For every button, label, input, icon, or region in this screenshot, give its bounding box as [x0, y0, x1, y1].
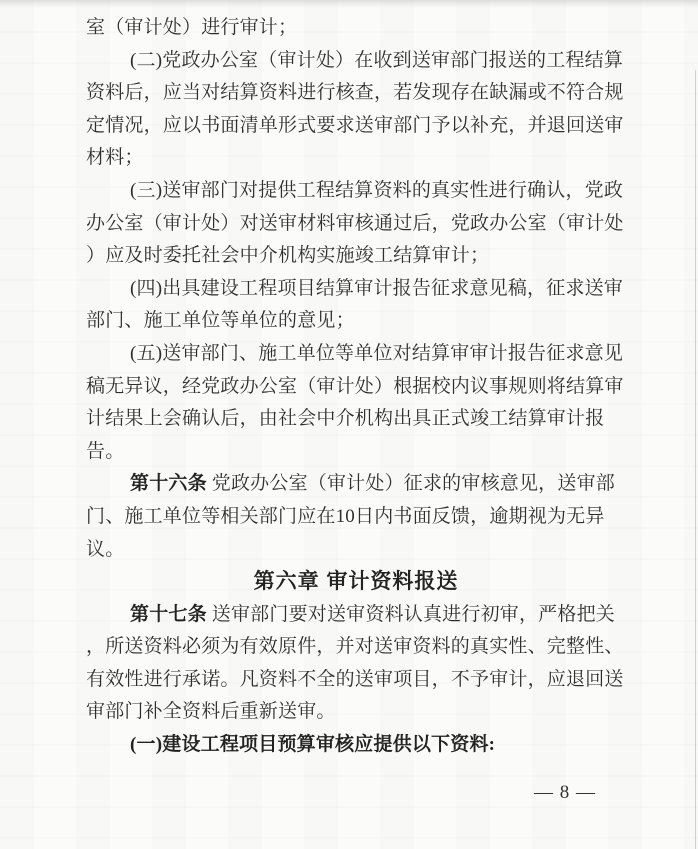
text-line: (二)党政办公室（审计处）在收到送审部门报送的工程结算: [86, 45, 626, 78]
text-segment: 送审部门要对送审资料认真进行初审，严格把关: [207, 604, 615, 625]
text-line: 办公室（审计处）对送审材料审核通过后，党政办公室（审计处: [86, 208, 626, 241]
text-segment: 议。: [86, 539, 124, 560]
text-segment: 资料后，应当对结算资料进行核查，若发现存在缺漏或不符合规: [86, 82, 624, 103]
emphasis-text-segment: 第十六条: [130, 473, 207, 494]
page-number: — 8 —: [534, 782, 596, 804]
text-segment: 党政办公室（审计处）征求的审核意见，送审部: [207, 473, 615, 494]
text-segment: 部门、施工单位等单位的意见；: [86, 310, 355, 331]
text-segment: ）应及时委托社会中介机构实施竣工结算审计；: [86, 245, 489, 266]
text-line: ，所送资料必须为有效原件，并对送审资料的真实性、完整性、: [86, 631, 626, 664]
text-line: 议。: [86, 534, 626, 567]
text-segment: 定情况，应以书面清单形式要求送审部门予以补充，并退回送审: [86, 115, 624, 136]
text-line: (四)出具建设工程项目结算审计报告征求意见稿，征求送审: [86, 273, 626, 306]
text-line: ）应及时委托社会中介机构实施竣工结算审计；: [86, 240, 626, 273]
chapter-heading: 第六章 审计资料报送: [86, 566, 626, 599]
document-page: 室（审计处）进行审计；(二)党政办公室（审计处）在收到送审部门报送的工程结算资料…: [0, 0, 698, 849]
emphasis-text-segment: 第六章 审计资料报送: [254, 570, 459, 593]
text-line: 第十六条 党政办公室（审计处）征求的审核意见，送审部: [86, 468, 626, 501]
text-segment: 材料；: [86, 147, 144, 168]
emphasis-text-segment: 第十七条: [130, 604, 207, 625]
text-segment: 计结果上会确认后，由社会中介机构出具正式竣工结算审计报: [86, 408, 604, 429]
text-segment: (二)党政办公室（审计处）在收到送审部门报送的工程结算: [130, 50, 623, 71]
text-line: (一)建设工程项目预算审核应提供以下资料:: [86, 729, 626, 762]
text-line: (三)送审部门对提供工程结算资料的真实性进行确认，党政: [86, 175, 626, 208]
text-line: 定情况，应以书面清单形式要求送审部门予以补充，并退回送审: [86, 110, 626, 143]
text-segment: (三)送审部门对提供工程结算资料的真实性进行确认，党政: [130, 180, 623, 201]
text-line: 资料后，应当对结算资料进行核查，若发现存在缺漏或不符合规: [86, 77, 626, 110]
text-line: 稿无异议，经党政办公室（审计处）根据校内议事规则将结算审: [86, 371, 626, 404]
text-segment: 审部门补全资料后重新送审。: [86, 701, 336, 722]
text-segment: 门、施工单位等相关部门应在10日内书面反馈，逾期视为无异: [86, 506, 605, 527]
text-segment: ，所送资料必须为有效原件，并对送审资料的真实性、完整性、: [86, 636, 624, 657]
text-segment: 有效性进行承诺。凡资料不全的送审项目，不予审计，应退回送: [86, 669, 624, 690]
text-line: (五)送审部门、施工单位等单位对结算审审计报告征求意见: [86, 338, 626, 371]
text-line: 门、施工单位等相关部门应在10日内书面反馈，逾期视为无异: [86, 501, 626, 534]
text-line: 部门、施工单位等单位的意见；: [86, 305, 626, 338]
scan-top-shade: [0, 0, 698, 8]
text-line: 有效性进行承诺。凡资料不全的送审项目，不予审计，应退回送: [86, 664, 626, 697]
text-segment: 室（审计处）进行审计；: [86, 17, 297, 38]
text-segment: 告。: [86, 441, 124, 462]
text-line: 第十七条 送审部门要对送审资料认真进行初审，严格把关: [86, 599, 626, 632]
text-line: 审部门补全资料后重新送审。: [86, 696, 626, 729]
scan-edge-artifact: [695, 70, 696, 849]
text-segment: 稿无异议，经党政办公室（审计处）根据校内议事规则将结算审: [86, 376, 624, 397]
text-line: 计结果上会确认后，由社会中介机构出具正式竣工结算审计报: [86, 403, 626, 436]
text-line: 告。: [86, 436, 626, 469]
text-segment: (五)送审部门、施工单位等单位对结算审审计报告征求意见: [130, 343, 623, 364]
emphasis-text-segment: (一)建设工程项目预算审核应提供以下资料:: [130, 734, 495, 755]
text-segment: 办公室（审计处）对送审材料审核通过后，党政办公室（审计处: [86, 213, 624, 234]
text-line: 室（审计处）进行审计；: [86, 12, 626, 45]
text-segment: (四)出具建设工程项目结算审计报告征求意见稿，征求送审: [130, 278, 623, 299]
text-line: 材料；: [86, 142, 626, 175]
document-content: 室（审计处）进行审计；(二)党政办公室（审计处）在收到送审部门报送的工程结算资料…: [86, 12, 626, 762]
